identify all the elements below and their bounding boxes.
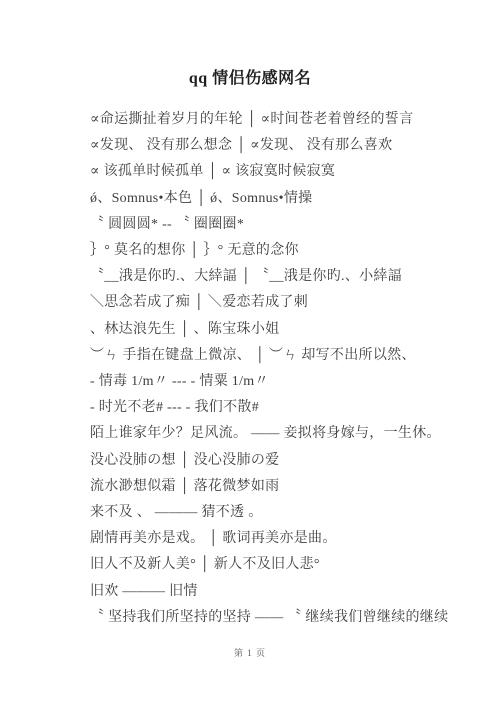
name-list-line: - 时光不老# --- - 我们不散# [90, 395, 470, 421]
name-list-line: 没心没肺の想 │ 没心没肺の爱 [90, 448, 470, 474]
name-list: ∝命运撕扯着岁月的年轮 │ ∝时间苍老着曾经的誓言∝发现、 没有那么想念 │ ∝… [90, 107, 470, 631]
name-list-line: - 情毒 1/m〃 --- - 情粟 1/m〃 [90, 369, 470, 395]
document-page: qq 情侣伤感网名 ∝命运撕扯着岁月的年轮 │ ∝时间苍老着曾经的誓言∝发现、 … [0, 0, 500, 708]
name-list-line: ǿ、Somnus•本色 │ ǿ、Somnus•情操 [90, 186, 470, 212]
name-list-line: ∝发现、 没有那么想念 │ ∝发现、 没有那么喜欢 [90, 133, 470, 159]
page-number: 第 1 页 [0, 648, 500, 659]
name-list-line: 剧情再美亦是戏。 │ 歌词再美亦是曲。 [90, 526, 470, 552]
name-list-line: 〝 圆圆圆* -- 〝 圈圈圈* [90, 212, 470, 238]
name-list-line: ＼思念若成了痴 │ ＼爱恋若成了刺 [90, 290, 470, 316]
name-list-line: 流水渺想似霜 │ 落花微梦如雨 [90, 474, 470, 500]
name-list-line: 旧人不及新人美° │ 新人不及旧人悲° [90, 552, 470, 578]
name-list-line: 〝 坚持我们所坚持的坚持 —— 〝 继续我们曾继续的继续 [90, 605, 470, 631]
name-list-line: ∝命运撕扯着岁月的年轮 │ ∝时间苍老着曾经的誓言 [90, 107, 470, 133]
name-list-line: 、林达浪先生 │ 、陈宝珠小姐 [90, 317, 470, 343]
name-list-line: 〝__涐是你旳.、大緈諨 │ 〝__涐是你旳.、小緈諨 [90, 264, 470, 290]
name-list-line: ｝° 莫名的想你 │ ｝° 无意的念你 [90, 238, 470, 264]
name-list-line: ∝ 该孤单时候孤单 │ ∝ 该寂寞时候寂寞 [90, 159, 470, 185]
name-list-line: 陌上谁家年少？足风流。 —— 妾拟将身嫁与，一生休。 [90, 421, 470, 447]
name-list-line: ︶ㄣ 手指在键盘上微凉、 │ ︶ㄣ 却写不出所以然、 [90, 343, 470, 369]
name-list-line: 来不及 、 ——— 猜不透 。 [90, 500, 470, 526]
name-list-line: 旧欢 ——— 旧情 [90, 579, 470, 605]
page-title: qq 情侣伤感网名 [0, 0, 500, 88]
